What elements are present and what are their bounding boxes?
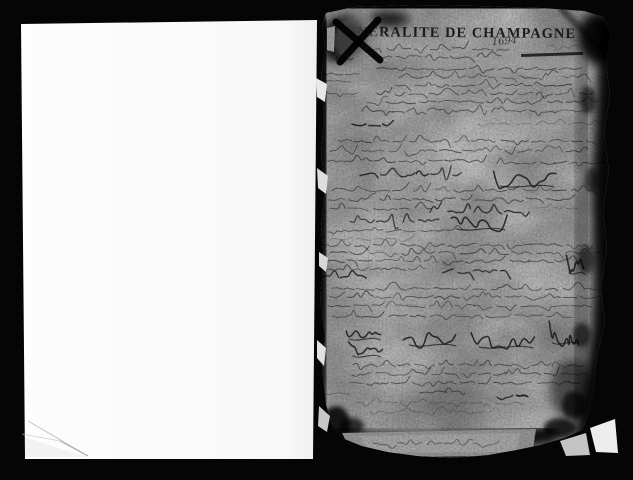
manuscript-page: GENERALITE DE CHAMPAGNE 1694 xyxy=(314,0,626,470)
archival-scan: GENERALITE DE CHAMPAGNE 1694 xyxy=(0,0,633,480)
archival-scan-viewport: GENERALITE DE CHAMPAGNE 1694 xyxy=(0,0,633,480)
blank-page-sheet xyxy=(21,20,317,459)
blank-left-page xyxy=(21,20,317,459)
film-grain-texture xyxy=(314,0,626,470)
